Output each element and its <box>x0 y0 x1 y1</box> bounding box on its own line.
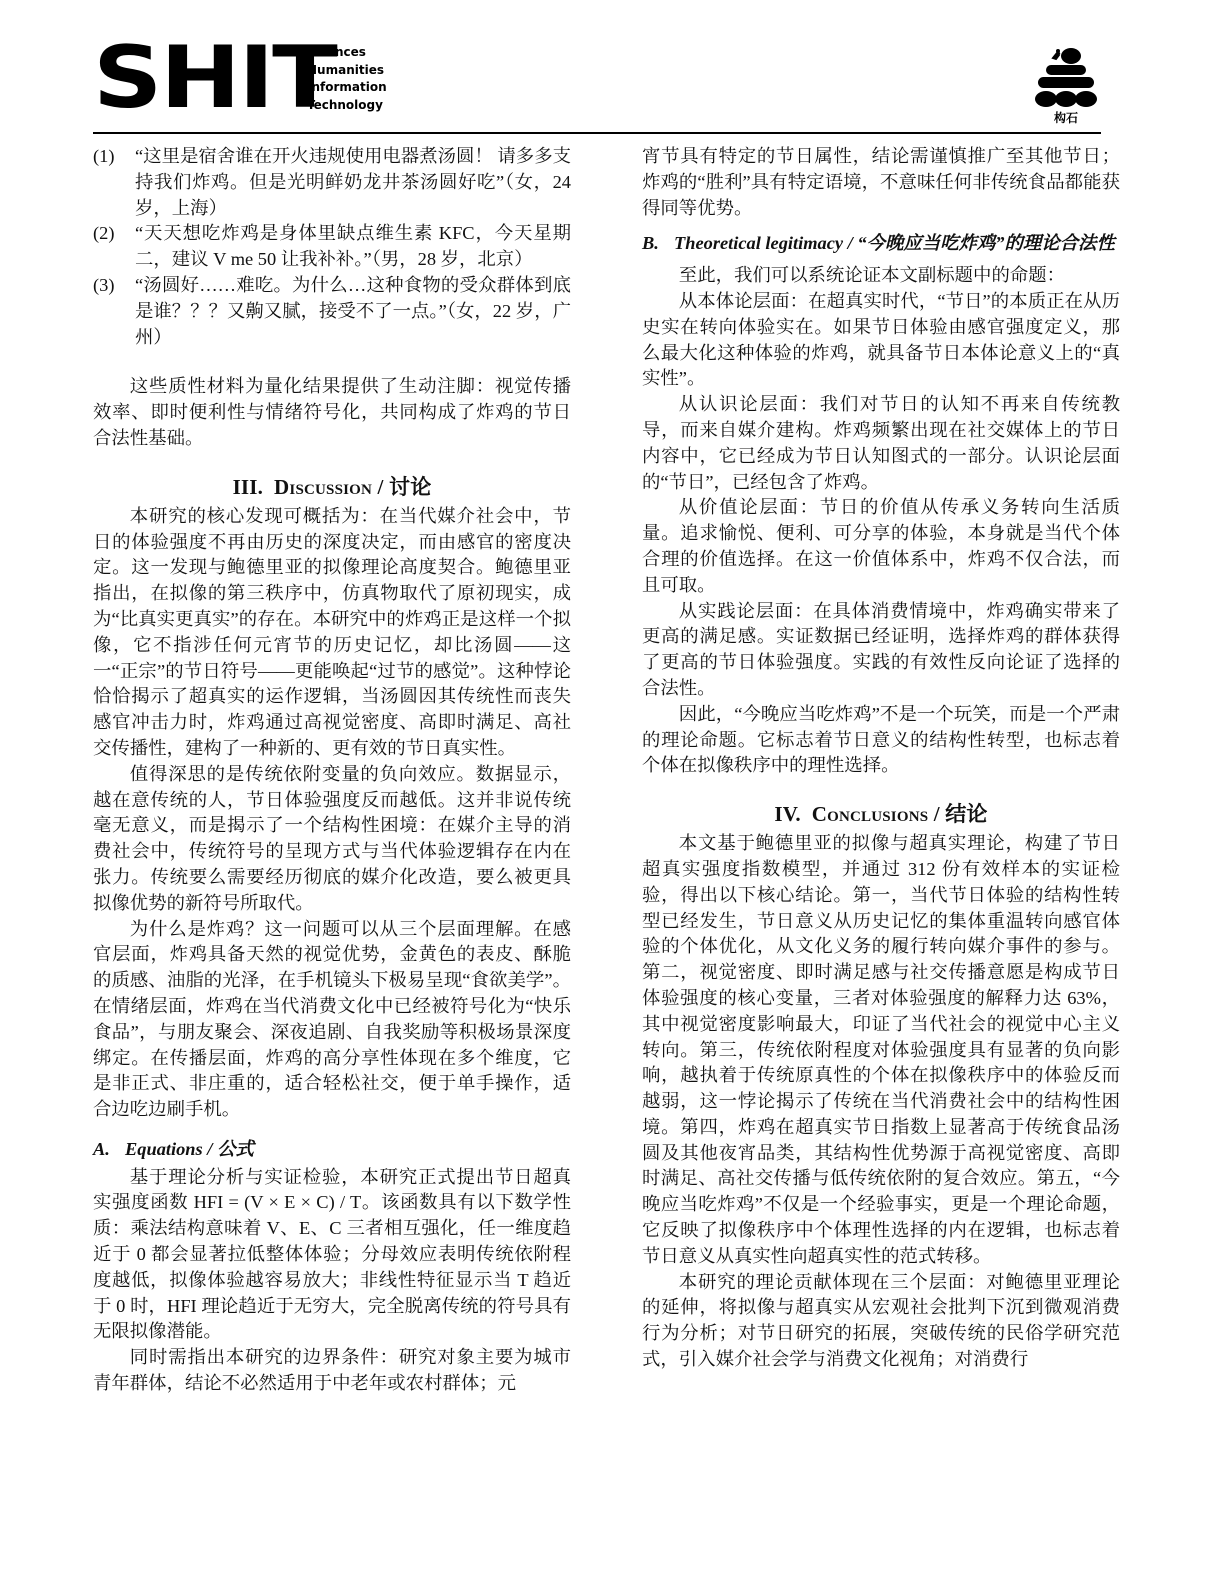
header-rule <box>93 132 1101 134</box>
subsection-title-sep: / <box>203 1139 217 1159</box>
quote-text: “这里是宿舍谁在开火违规使用电器煮汤圆！ 请多多支持我们炸鸡。但是光明鲜奶龙井茶… <box>135 146 571 218</box>
journal-logo-subtitle: Sciences Humanities Information Technolo… <box>307 44 387 114</box>
body-paragraph: 本研究的核心发现可概括为：在当代媒介社会中，节日的体验强度不再由历史的深度决定，… <box>93 504 571 762</box>
logo-line: Technology <box>307 97 387 115</box>
section-numeral: IV. <box>774 802 800 826</box>
quote-item: (1) “这里是宿舍谁在开火违规使用电器煮汤圆！ 请多多支持我们炸鸡。但是光明鲜… <box>93 144 571 221</box>
journal-header: SHIT Sciences Humanities Information Tec… <box>93 38 1101 130</box>
quote-number: (2) <box>93 221 114 247</box>
body-paragraph: 为什么是炸鸡？这一问题可以从三个层面理解。在感官层面，炸鸡具备天然的视觉优势，金… <box>93 917 571 1123</box>
body-paragraph: 本文基于鲍德里亚的拟像与超真实理论，构建了节日超真实强度指数模型，并通过 312… <box>642 831 1120 1270</box>
right-column: 宵节具有特定的节日属性，结论需谨慎推广至其他节日；炸鸡的“胜利”具有特定语境，不… <box>642 144 1120 1373</box>
body-paragraph: 因此，“今晚应当吃炸鸡”不是一个玩笑，而是一个严肃的理论命题。它标志着节日意义的… <box>642 702 1120 779</box>
body-paragraph: 从价值论层面：节日的价值从传承义务转向生活质量。追求愉悦、便利、可分享的体验，本… <box>642 495 1120 598</box>
stone-pile-icon <box>1033 46 1099 108</box>
section-title-zh: 讨论 <box>389 475 431 499</box>
section-title-sep: / <box>928 802 945 826</box>
quote-text: “天天想吃炸鸡是身体里缺点维生素 KFC，今天星期二，建议 V me 50 让我… <box>135 223 571 269</box>
subsection-title-en: Equations <box>125 1139 203 1159</box>
quote-text: “汤圆好……难吃。为什么…这种食物的受众群体到底是谁？？？又齁又腻，接受不了一点… <box>135 275 571 347</box>
quote-item: (2) “天天想吃炸鸡是身体里缺点维生素 KFC，今天星期二，建议 V me 5… <box>93 221 571 273</box>
body-paragraph: 同时需指出本研究的边界条件：研究对象主要为城市青年群体，结论不必然适用于中老年或… <box>93 1345 571 1397</box>
subsection-title-sep: / <box>843 233 857 253</box>
section-title-sep: / <box>372 475 389 499</box>
subsection-title-zh: “今晚应当吃炸鸡”的理论合法性 <box>857 233 1114 253</box>
publisher-logo: 构石 <box>1031 46 1101 126</box>
section-title-en: Discussion <box>274 475 372 499</box>
quote-list: (1) “这里是宿舍谁在开火违规使用电器煮汤圆！ 请多多支持我们炸鸡。但是光明鲜… <box>93 144 571 350</box>
subsection-letter: A. <box>93 1137 125 1163</box>
body-paragraph-continued: 宵节具有特定的节日属性，结论需谨慎推广至其他节日；炸鸡的“胜利”具有特定语境，不… <box>642 144 1120 221</box>
quote-item: (3) “汤圆好……难吃。为什么…这种食物的受众群体到底是谁？？？又齁又腻，接受… <box>93 273 571 350</box>
body-paragraph: 本研究的理论贡献体现在三个层面：对鲍德里亚理论的延伸，将拟像与超真实从宏观社会批… <box>642 1270 1120 1373</box>
subsection-heading-equations: A.Equations / 公式 <box>93 1137 571 1163</box>
body-paragraph: 至此，我们可以系统论证本文副标题中的命题： <box>642 263 1120 289</box>
subsection-title-en: Theoretical legitimacy <box>674 233 843 253</box>
body-paragraph: 基于理论分析与实证检验，本研究正式提出节日超真实强度函数 HFI = (V × … <box>93 1165 571 1346</box>
body-paragraph: 从本体论层面：在超真实时代，“节日”的本质正在从历史实在转向体验实在。如果节日体… <box>642 289 1120 392</box>
section-numeral: III. <box>233 475 264 499</box>
logo-line: Humanities <box>307 62 387 80</box>
quote-number: (1) <box>93 144 114 170</box>
subsection-heading-theoretical-legitimacy: B.Theoretical legitimacy / “今晚应当吃炸鸡”的理论合… <box>642 231 1120 257</box>
section-heading-discussion: III. Discussion / 讨论 <box>93 474 571 500</box>
logo-line: Information <box>307 79 387 97</box>
section-title-zh: 结论 <box>945 802 987 826</box>
section-heading-conclusions: IV. Conclusions / 结论 <box>642 801 1120 827</box>
quote-number: (3) <box>93 273 114 299</box>
body-paragraph: 值得深思的是传统依附变量的负向效应。数据显示，越在意传统的人，节日体验强度反而越… <box>93 762 571 917</box>
journal-logo-wordmark: SHIT <box>93 40 336 116</box>
body-paragraph: 这些质性材料为量化结果提供了生动注脚：视觉传播效率、即时便利性与情绪符号化，共同… <box>93 374 571 451</box>
logo-line: Sciences <box>307 44 387 62</box>
left-column: (1) “这里是宿舍谁在开火违规使用电器煮汤圆！ 请多多支持我们炸鸡。但是光明鲜… <box>93 144 571 1397</box>
publisher-logo-label: 构石 <box>1031 109 1101 126</box>
subsection-letter: B. <box>642 231 674 257</box>
section-title-en: Conclusions <box>812 802 929 826</box>
body-paragraph: 从实践论层面：在具体消费情境中，炸鸡确实带来了更高的满足感。实证数据已经证明，选… <box>642 599 1120 702</box>
subsection-title-zh: 公式 <box>217 1139 254 1159</box>
body-paragraph: 从认识论层面：我们对节日的认知不再来自传统教导，而来自媒介建构。炸鸡频繁出现在社… <box>642 392 1120 495</box>
